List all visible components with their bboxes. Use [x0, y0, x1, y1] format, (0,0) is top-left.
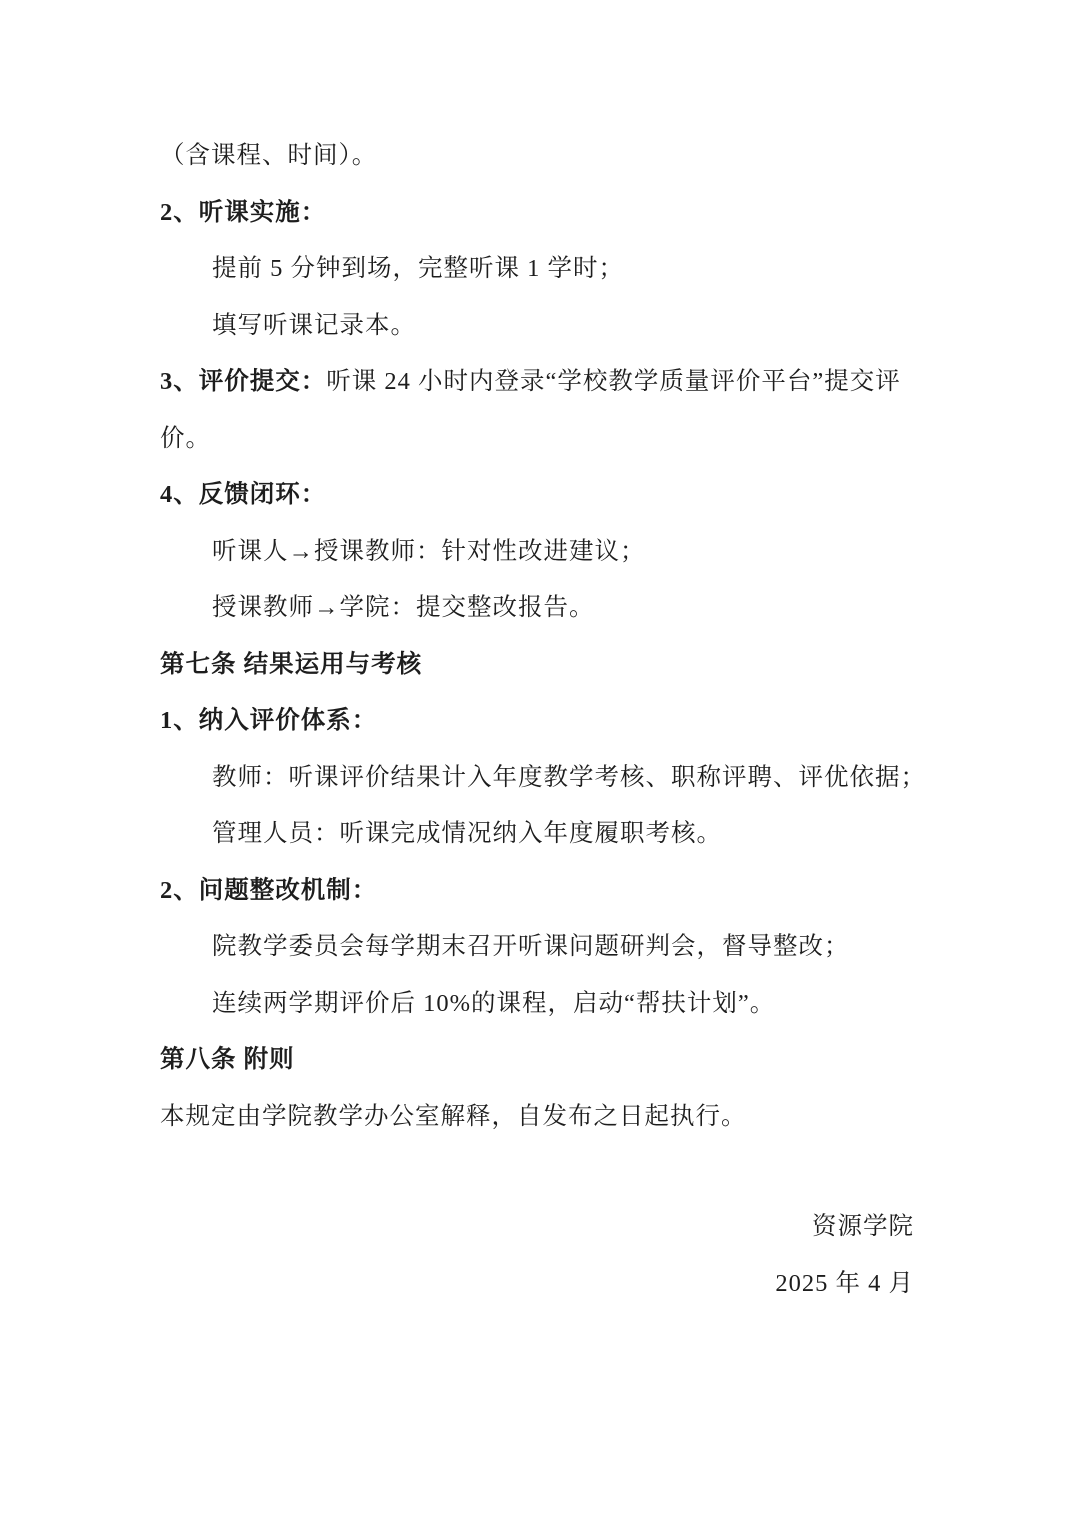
detail-observer-to-teacher: 听课人→授课教师：针对性改进建议；: [160, 524, 914, 581]
detail-fill-record-book: 填写听课记录本。: [160, 298, 914, 355]
detail-arrive-early: 提前 5 分钟到场，完整听课 1 学时；: [160, 241, 914, 298]
paragraph-interpretation-effective-date: 本规定由学院教学办公室解释，自发布之日起执行。: [160, 1089, 914, 1146]
blank-line: [160, 1145, 914, 1199]
detail-teacher-to-college: 授课教师→学院：提交整改报告。: [160, 580, 914, 637]
paragraph-continuation-courses-time: （含课程、时间）。: [160, 128, 914, 185]
item-3-bold-label: 3、评价提交：: [160, 368, 326, 395]
paragraph-continuation-jia: 价。: [160, 411, 914, 468]
detail-support-plan: 连续两学期评价后 10%的课程，启动“帮扶计划”。: [160, 976, 914, 1033]
heading-item-2-observation-implementation: 2、听课实施：: [160, 185, 914, 242]
heading-article-7-results-assessment: 第七条 结果运用与考核: [160, 637, 914, 694]
signature-date: 2025 年 4 月: [160, 1256, 914, 1313]
detail-admin-assessment: 管理人员：听课完成情况纳入年度履职考核。: [160, 806, 914, 863]
document-body: （含课程、时间）。 2、听课实施： 提前 5 分钟到场，完整听课 1 学时； 填…: [160, 128, 914, 1312]
heading-article-8-supplementary: 第八条 附则: [160, 1032, 914, 1089]
detail-teacher-assessment: 教师：听课评价结果计入年度教学考核、职称评聘、评优依据；: [160, 750, 914, 807]
document-page: （含课程、时间）。 2、听课实施： 提前 5 分钟到场，完整听课 1 学时； 填…: [0, 0, 1074, 1520]
heading-item-4-feedback-loop: 4、反馈闭环：: [160, 467, 914, 524]
detail-committee-review-meeting: 院教学委员会每学期末召开听课问题研判会，督导整改；: [160, 919, 914, 976]
item-3-evaluation-submission: 3、评价提交：听课 24 小时内登录“学校教学质量评价平台”提交评: [160, 354, 914, 411]
heading-item-2-rectification-mechanism: 2、问题整改机制：: [160, 863, 914, 920]
signature-org: 资源学院: [160, 1199, 914, 1256]
item-3-body-text: 听课 24 小时内登录“学校教学质量评价平台”提交评: [326, 368, 901, 395]
heading-item-1-evaluation-system: 1、纳入评价体系：: [160, 693, 914, 750]
